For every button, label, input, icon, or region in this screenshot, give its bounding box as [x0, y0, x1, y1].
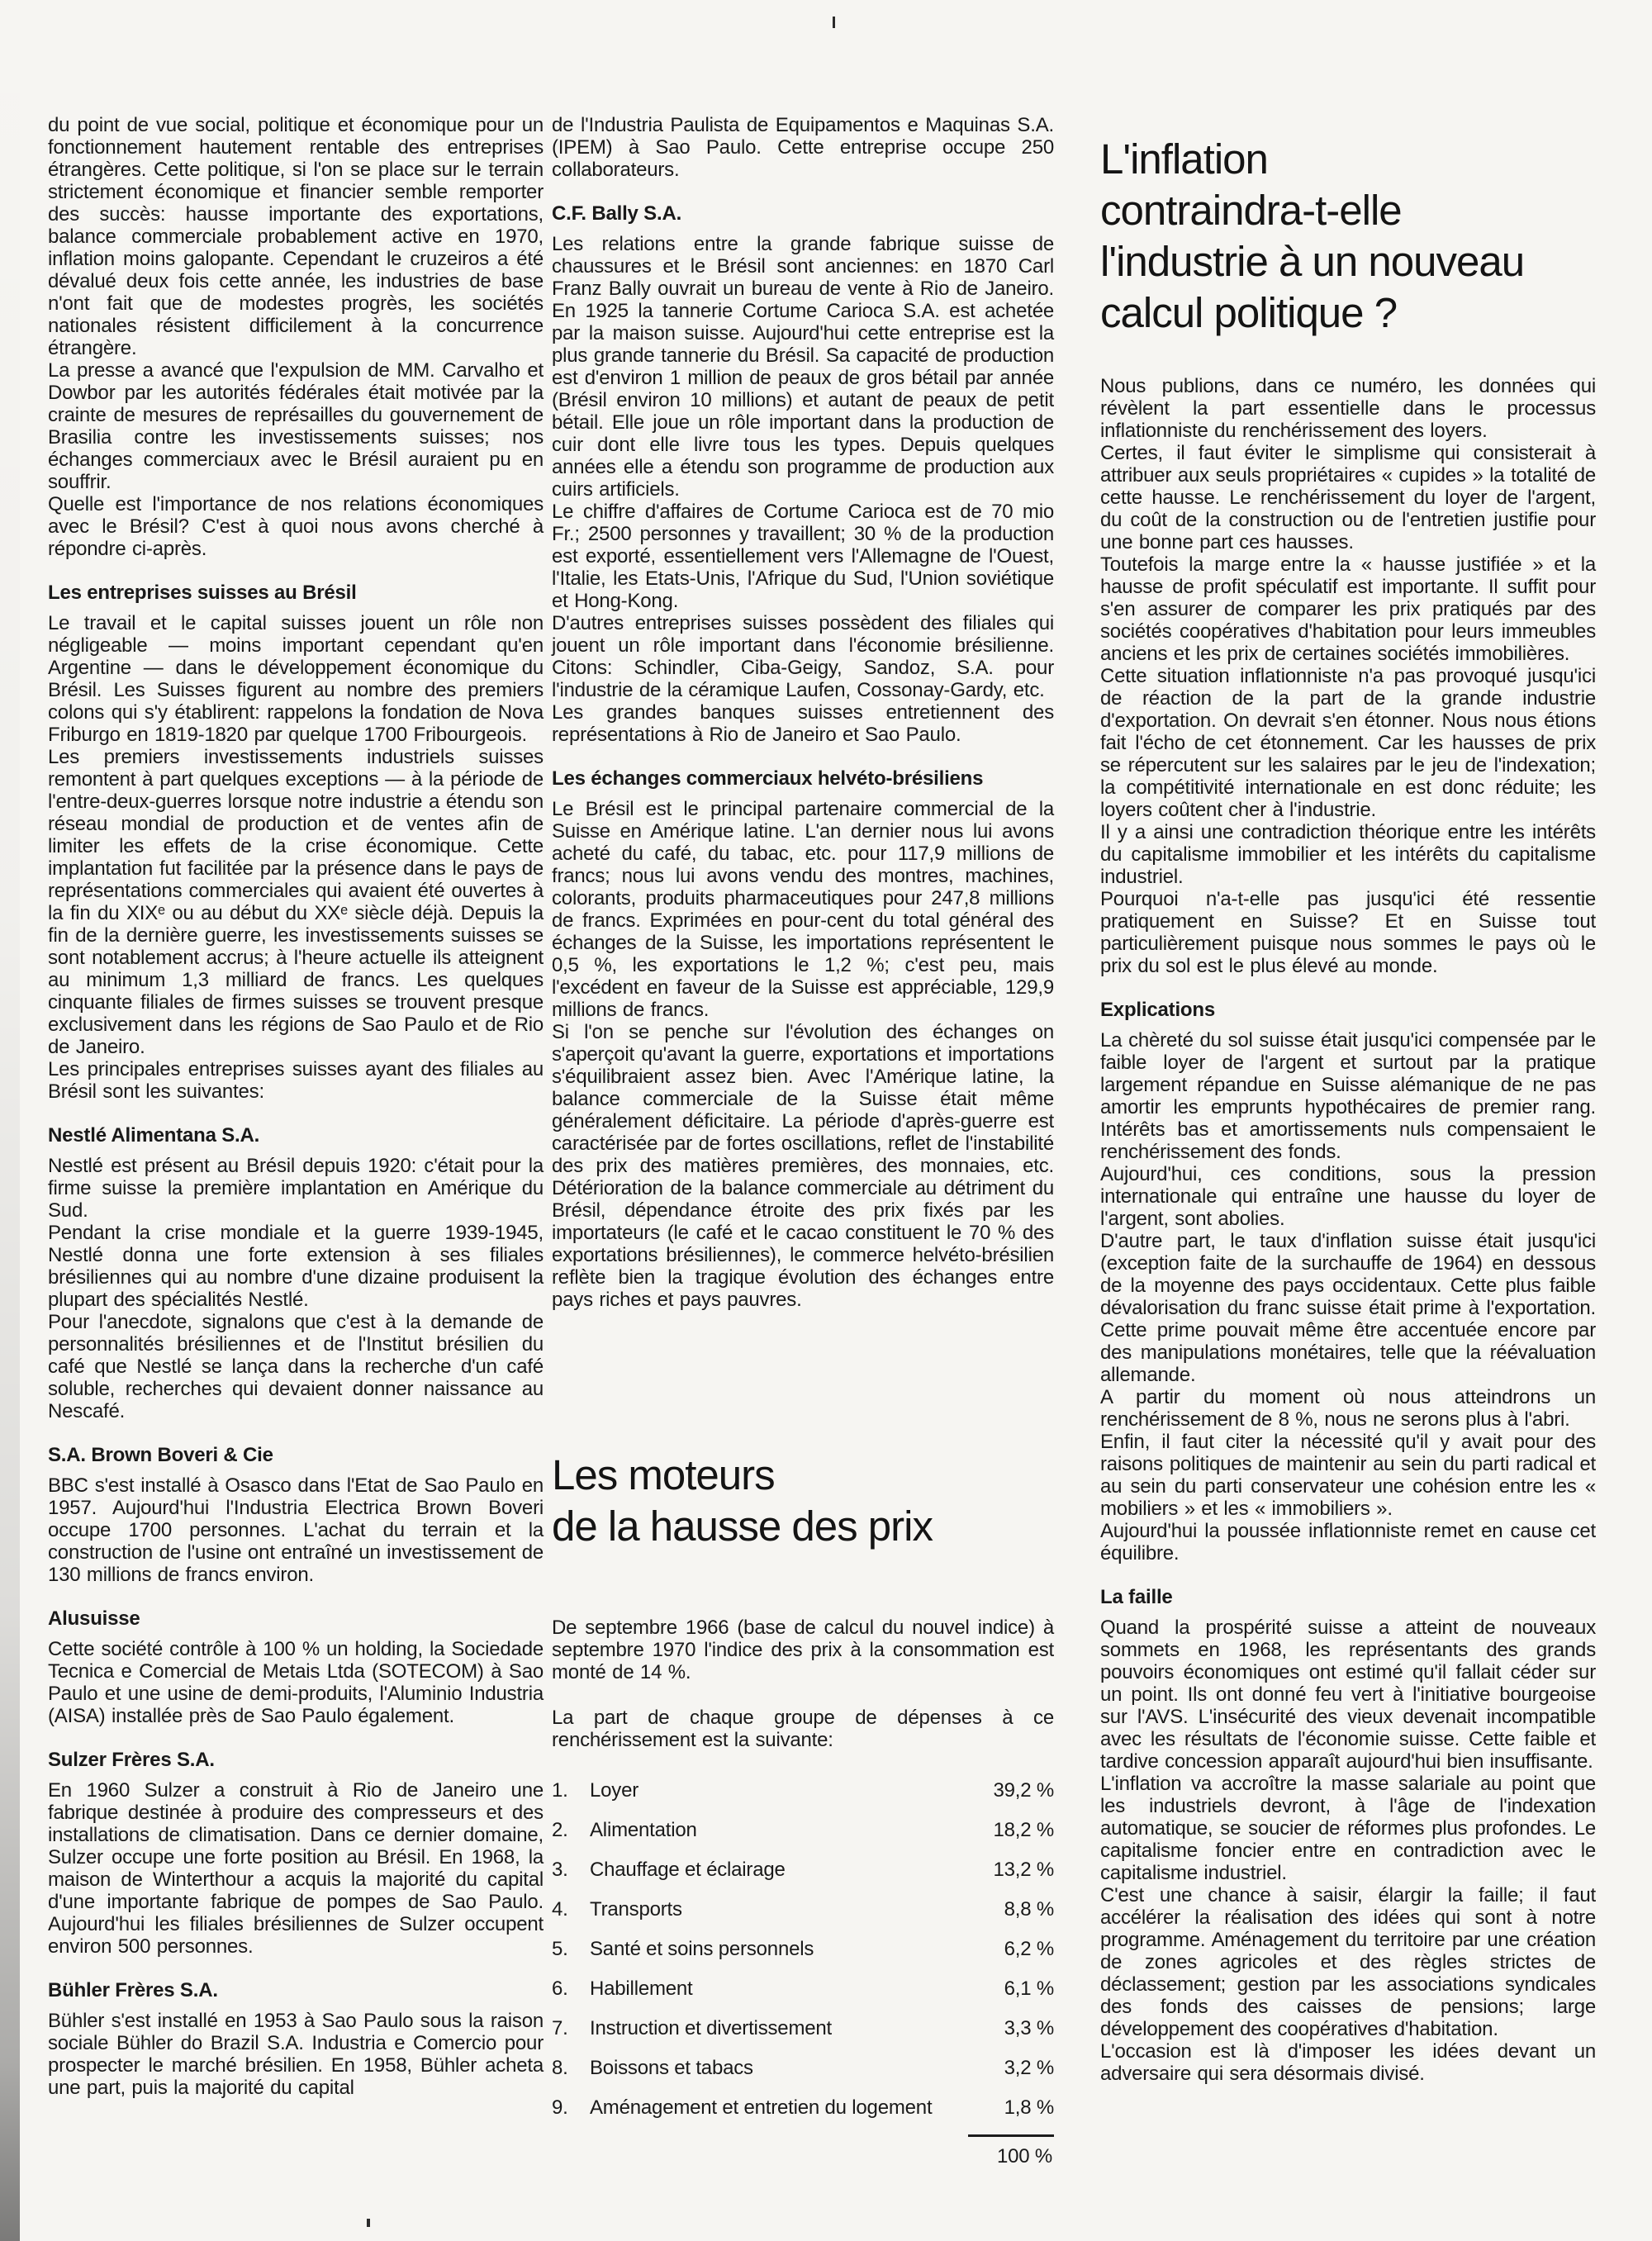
- section-heading: S.A. Brown Boveri & Cie: [48, 1444, 544, 1466]
- paragraph: Enfin, il faut citer la nécessité qu'il …: [1100, 1431, 1596, 1520]
- expense-value: 3,2 %: [1004, 2057, 1054, 2080]
- expense-value: 6,2 %: [1004, 1938, 1054, 1961]
- column-middle: de l'Industria Paulista de Equipamentos …: [552, 114, 1054, 2168]
- paragraph: En 1960 Sulzer a construit à Rio de Jane…: [48, 1779, 544, 1958]
- section-heading: Les échanges commerciaux helvéto-brésili…: [552, 767, 1054, 790]
- column-right: L'inflation contraindra-t-elle l'industr…: [1100, 114, 1596, 2085]
- paragraph: BBC s'est installé à Osasco dans l'Etat …: [48, 1474, 544, 1586]
- paragraph: Pour l'anecdote, signalons que c'est à l…: [48, 1311, 544, 1422]
- paragraph: Les principales entreprises suisses ayan…: [48, 1058, 544, 1103]
- expense-number: 9.: [552, 2096, 590, 2120]
- section-heading: Les entreprises suisses au Brésil: [48, 582, 544, 604]
- expense-list: 1.Loyer39,2 %2.Alimentation18,2 %3.Chauf…: [552, 1771, 1054, 2168]
- paragraph: Quand la prospérité suisse a atteint de …: [1100, 1617, 1596, 1773]
- expense-total-value: 100 %: [968, 2134, 1054, 2168]
- paragraph: L'occasion est là d'imposer les idées de…: [1100, 2040, 1596, 2085]
- section-heading: La faille: [1100, 1586, 1596, 1608]
- expense-number: 7.: [552, 2017, 590, 2040]
- expense-value: 3,3 %: [1004, 2017, 1054, 2040]
- paragraph: Bühler s'est installé en 1953 à Sao Paul…: [48, 2010, 544, 2099]
- expense-number: 4.: [552, 1898, 590, 1921]
- paragraph: L'inflation va accroître la masse salari…: [1100, 1773, 1596, 1884]
- expense-number: 6.: [552, 1977, 590, 2001]
- paragraph: Si l'on se penche sur l'évolution des éc…: [552, 1021, 1054, 1311]
- paragraph: Pourquoi n'a-t-elle pas jusqu'ici été re…: [1100, 888, 1596, 977]
- expense-row: 2.Alimentation18,2 %: [552, 1811, 1054, 1850]
- expense-number: 8.: [552, 2057, 590, 2080]
- paragraph: Le chiffre d'affaires de Cortume Carioca…: [552, 501, 1054, 612]
- expense-number: 3.: [552, 1859, 590, 1882]
- expense-label: Transports: [590, 1898, 682, 1921]
- paragraph: du point de vue social, politique et éco…: [48, 114, 544, 359]
- paragraph: Les grandes banques suisses entretiennen…: [552, 701, 1054, 746]
- expense-row: 9.Aménagement et entretien du logement1,…: [552, 2088, 1054, 2128]
- expense-value: 39,2 %: [993, 1779, 1054, 1802]
- paragraph: Le travail et le capital suisses jouent …: [48, 612, 544, 746]
- section-heading: Alusuisse: [48, 1607, 544, 1630]
- expense-value: 13,2 %: [993, 1859, 1054, 1882]
- expense-label: Loyer: [590, 1779, 638, 1802]
- scan-speck: [367, 2219, 370, 2227]
- expense-row: 6.Habillement6,1 %: [552, 1969, 1054, 2009]
- paragraph: Nous publions, dans ce numéro, les donné…: [1100, 375, 1596, 442]
- paragraph: Quelle est l'importance de nos relations…: [48, 493, 544, 560]
- expense-total-row: 100 %: [552, 2134, 1054, 2168]
- newspaper-page: { "page": { "paper_color": "#f6f5f2", "i…: [0, 0, 1652, 2241]
- expense-value: 18,2 %: [993, 1819, 1054, 1842]
- section-heading: Bühler Frères S.A.: [48, 1979, 544, 2001]
- expense-number: 1.: [552, 1779, 590, 1802]
- expense-row: 1.Loyer39,2 %: [552, 1771, 1054, 1811]
- column-left: du point de vue social, politique et éco…: [48, 114, 544, 2099]
- expense-row: 4.Transports8,8 %: [552, 1890, 1054, 1930]
- paragraph: Certes, il faut éviter le simplisme qui …: [1100, 442, 1596, 553]
- scan-edge-shadow: [0, 0, 20, 2241]
- section-heading: Nestlé Alimentana S.A.: [48, 1124, 544, 1147]
- paragraph: La part de chaque groupe de dépenses à c…: [552, 1707, 1054, 1751]
- expense-label: Habillement: [590, 1977, 693, 2001]
- expense-label: Santé et soins personnels: [590, 1938, 814, 1961]
- paragraph: Toutefois la marge entre la « hausse jus…: [1100, 553, 1596, 665]
- paragraph: C'est une chance à saisir, élargir la fa…: [1100, 1884, 1596, 2040]
- expense-row: 8.Boissons et tabacs3,2 %: [552, 2049, 1054, 2088]
- paragraph: D'autre part, le taux d'inflation suisse…: [1100, 1230, 1596, 1386]
- paragraph: Nestlé est présent au Brésil depuis 1920…: [48, 1155, 544, 1222]
- paragraph: De septembre 1966 (base de calcul du nou…: [552, 1617, 1054, 1683]
- paragraph: Les premiers investissements industriels…: [48, 746, 544, 1058]
- paragraph: Cette société contrôle à 100 % un holdin…: [48, 1638, 544, 1727]
- paragraph: Pendant la crise mondiale et la guerre 1…: [48, 1222, 544, 1311]
- paragraph: D'autres entreprises suisses possèdent d…: [552, 612, 1054, 701]
- paragraph: La chèreté du sol suisse était jusqu'ici…: [1100, 1029, 1596, 1163]
- paragraph: A partir du moment où nous atteindrons u…: [1100, 1386, 1596, 1431]
- expense-label: Boissons et tabacs: [590, 2057, 753, 2080]
- paragraph: La presse a avancé que l'expulsion de MM…: [48, 359, 544, 493]
- paragraph: de l'Industria Paulista de Equipamentos …: [552, 114, 1054, 181]
- section-heading: Sulzer Frères S.A.: [48, 1749, 544, 1771]
- section-heading: Explications: [1100, 999, 1596, 1021]
- spacer: [552, 1683, 1054, 1707]
- expense-label: Chauffage et éclairage: [590, 1859, 786, 1882]
- expense-value: 6,1 %: [1004, 1977, 1054, 2001]
- expense-row: 3.Chauffage et éclairage13,2 %: [552, 1850, 1054, 1890]
- paragraph: Aujourd'hui, ces conditions, sous la pre…: [1100, 1163, 1596, 1230]
- section-heading: C.F. Bally S.A.: [552, 202, 1054, 225]
- paragraph: Aujourd'hui la poussée inflationniste re…: [1100, 1520, 1596, 1564]
- expense-label: Aménagement et entretien du logement: [590, 2096, 932, 2120]
- paragraph: Il y a ainsi une contradiction théorique…: [1100, 821, 1596, 888]
- article-headline: L'inflation contraindra-t-elle l'industr…: [1100, 134, 1596, 339]
- paragraph: Le Brésil est le principal partenaire co…: [552, 798, 1054, 1021]
- expense-label: Alimentation: [590, 1819, 697, 1842]
- expense-number: 2.: [552, 1819, 590, 1842]
- article-headline: Les moteurs de la hausse des prix: [552, 1450, 1054, 1552]
- expense-number: 5.: [552, 1938, 590, 1961]
- paragraph: Les relations entre la grande fabrique s…: [552, 233, 1054, 501]
- paragraph: Cette situation inflationniste n'a pas p…: [1100, 665, 1596, 821]
- expense-value: 8,8 %: [1004, 1898, 1054, 1921]
- expense-row: 5.Santé et soins personnels6,2 %: [552, 1930, 1054, 1969]
- expense-row: 7.Instruction et divertissement3,3 %: [552, 2009, 1054, 2049]
- scan-speck: [833, 17, 835, 28]
- expense-label: Instruction et divertissement: [590, 2017, 832, 2040]
- expense-value: 1,8 %: [1004, 2096, 1054, 2120]
